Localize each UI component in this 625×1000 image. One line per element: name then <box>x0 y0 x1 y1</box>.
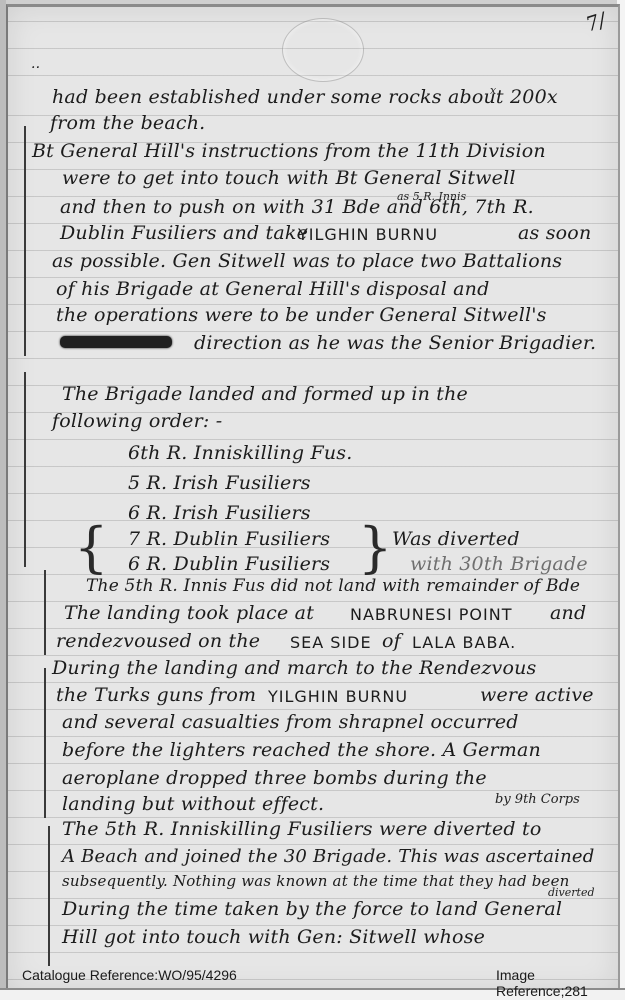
list-item: 6th R. Inniskilling Fus. <box>128 442 352 464</box>
text-line: During the landing and march to the Rend… <box>52 657 537 679</box>
text-line: the Turks guns from <box>56 684 256 706</box>
superscript: x <box>490 84 496 97</box>
text-line: were active <box>480 684 594 706</box>
text-line: of <box>382 630 401 652</box>
place-name: NABRUNESI POINT <box>350 605 512 624</box>
text-line: direction as he was the Senior Brigadier… <box>194 332 596 354</box>
stray-mark: .. <box>31 56 40 72</box>
side-note: with 30th Brigade <box>410 553 588 575</box>
place-name: SEA SIDE <box>290 633 372 652</box>
text-line: During the time taken by the force to la… <box>62 898 562 920</box>
text-line: and <box>550 602 586 624</box>
text-line: following order: - <box>52 410 222 432</box>
image-reference: Image Reference;281 <box>496 967 625 999</box>
margin-line <box>44 668 46 818</box>
embossed-seal-icon <box>282 18 364 82</box>
text-line: aeroplane dropped three bombs during the <box>62 767 487 789</box>
place-name: YILGHIN BURNU <box>268 687 408 706</box>
text-line: The 5th R. Inniskilling Fusiliers were d… <box>62 818 542 840</box>
place-name: YILGHIN BURNU <box>298 225 438 244</box>
list-item: 7 R. Dublin Fusiliers <box>128 528 330 550</box>
text-line: were to get into touch with Bt General S… <box>62 167 516 189</box>
right-brace: } <box>358 516 392 579</box>
margin-line <box>44 570 46 655</box>
text-line: as soon <box>518 222 591 244</box>
list-item: 6 R. Irish Fusiliers <box>128 502 311 524</box>
list-item: 6 R. Dublin Fusiliers <box>128 553 330 575</box>
margin-line <box>24 126 26 356</box>
text-line: before the lighters reached the shore. A… <box>62 739 541 761</box>
text-line: had been established under some rocks ab… <box>52 86 558 108</box>
left-brace: { <box>74 516 108 579</box>
text-line: of his Brigade at General Hill's disposa… <box>56 278 489 300</box>
text-line: Dublin Fusiliers and take <box>60 222 308 244</box>
list-item: 5 R. Irish Fusiliers <box>128 472 311 494</box>
text-line: Hill got into touch with Gen: Sitwell wh… <box>62 926 485 948</box>
text-line: subsequently. Nothing was known at the t… <box>62 872 570 890</box>
margin-line <box>48 826 50 966</box>
text-line: from the beach. <box>50 112 205 134</box>
margin-line <box>24 372 26 567</box>
text-line: the operations were to be under General … <box>56 304 547 326</box>
struck-out-word <box>60 336 172 348</box>
interlinear-note: by 9th Corps <box>495 792 580 807</box>
text-line: Bt General Hill's instructions from the … <box>32 140 546 162</box>
text-line: and several casualties from shrapnel occ… <box>62 711 519 733</box>
text-line: as possible. Gen Sitwell was to place tw… <box>52 250 562 272</box>
place-name: LALA BABA. <box>412 633 516 652</box>
text-line: The 5th R. Innis Fus did not land with r… <box>86 576 580 596</box>
text-line: A Beach and joined the 30 Brigade. This … <box>62 846 594 867</box>
text-line: landing but without effect. <box>62 793 324 815</box>
scanned-document: 7/ .. had been established under some ro… <box>0 0 625 1000</box>
side-note: Was diverted <box>392 528 520 550</box>
text-line: The landing took place at <box>64 602 314 624</box>
text-line: rendezvoused on the <box>56 630 260 652</box>
catalogue-reference: Catalogue Reference:WO/95/4296 <box>22 967 237 983</box>
text-line: and then to push on with 31 Bde and 6th,… <box>60 196 534 218</box>
text-line: The Brigade landed and formed up in the <box>62 383 468 405</box>
